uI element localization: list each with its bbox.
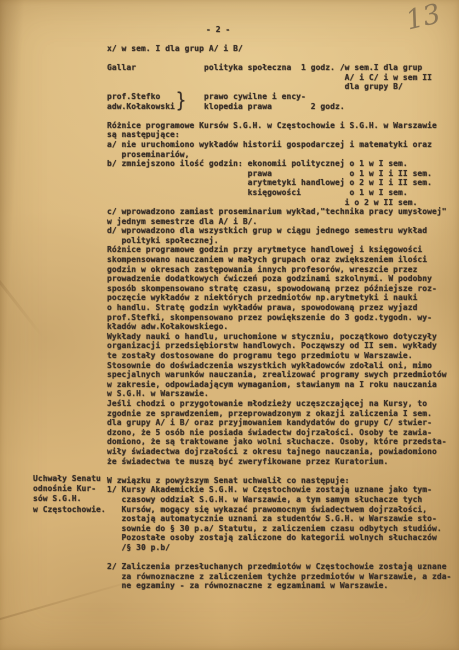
paper-crease xyxy=(0,265,44,338)
margin-note-senate-resolutions: Uchwały Senatu odnośnie Kur- sów S.G.H. … xyxy=(33,474,106,515)
typewritten-body-text: x/ w sem. I dla grup A/ i B/ Gallar poli… xyxy=(107,44,451,591)
scanned-document-page: - 2 - 13 x/ w sem. I dla grup A/ i B/ Ga… xyxy=(0,0,459,650)
brace-glyph: } xyxy=(176,90,186,110)
paper-crease xyxy=(0,575,152,624)
handwritten-folio-number: 13 xyxy=(403,0,443,36)
page-number: - 2 - xyxy=(206,25,230,35)
